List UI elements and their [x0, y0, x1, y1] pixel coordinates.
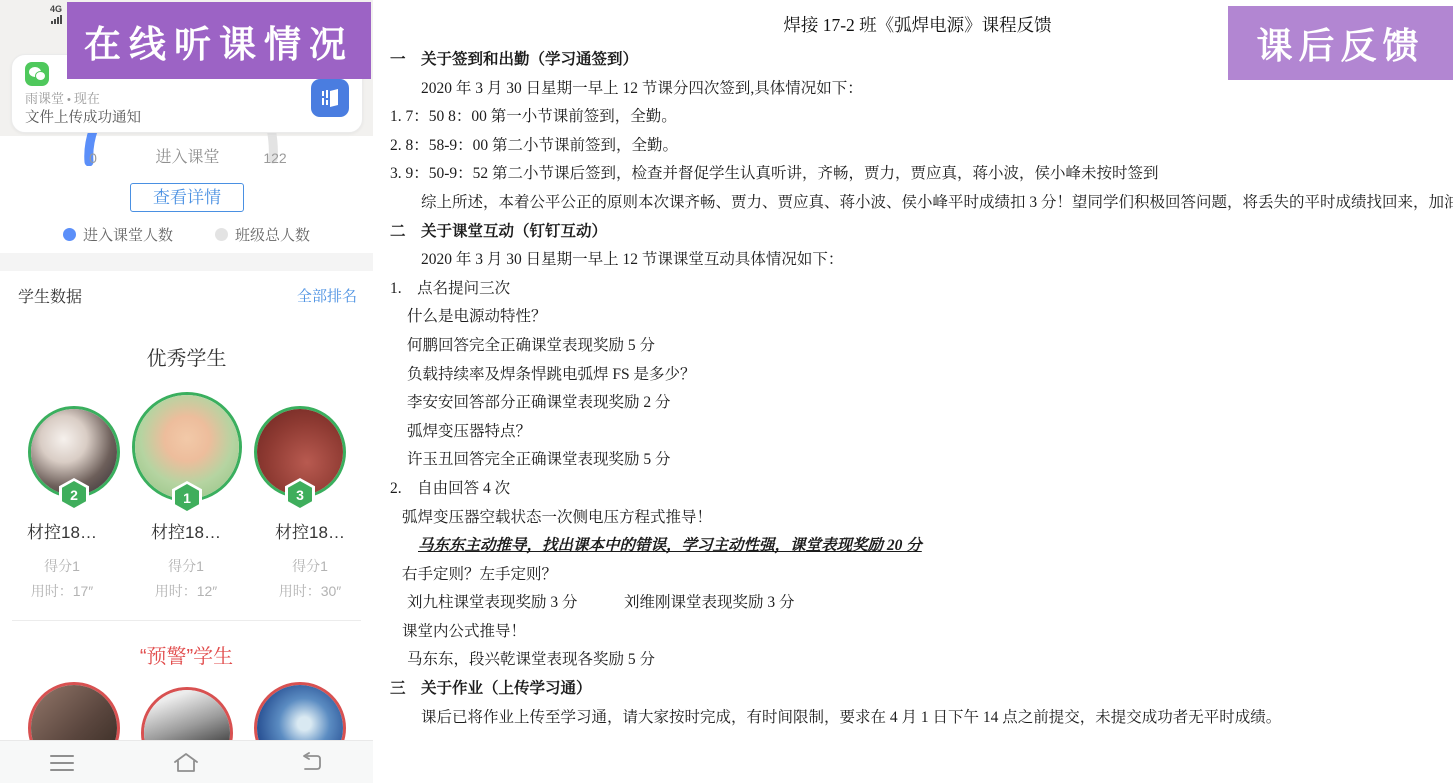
doc-line: 课堂内公式推导！ [390, 618, 1445, 647]
open-book-icon [318, 86, 342, 110]
student-score: 得分1 [248, 556, 372, 576]
doc-line: 1. 7：50 8：00 第一小节课前签到，全勤。 [390, 103, 1445, 132]
student-scores-row: 得分1 得分1 得分1 [0, 556, 373, 576]
menu-icon[interactable] [49, 752, 75, 774]
total-count-value: 122 [255, 150, 295, 166]
student-time: 用时：30″ [248, 581, 372, 601]
full-ranking-link[interactable]: 全部排名 [297, 285, 357, 306]
doc-line: 2. 自由回答 4 次 [390, 475, 1445, 504]
doc-line: 什么是电源动特性？ [390, 303, 1445, 332]
doc-line: 弧焊变压器空载状态一次侧电压方程式推导！ [390, 504, 1445, 533]
student-name: 材控18… [124, 518, 248, 543]
chart-center-label: 进入课堂 [135, 144, 240, 167]
home-icon[interactable] [173, 752, 199, 774]
notification-source: 雨课堂•现在 [25, 88, 100, 107]
student-name: 材控18… [248, 518, 372, 543]
annotation-banner-left: 在线听课情况 [67, 2, 371, 79]
legend-label: 进入课堂人数 [83, 224, 173, 245]
doc-highlight-line: 马东东主动推导，找出课本中的错误，学习主动性强，课堂表现奖励 20 分 [390, 532, 1445, 561]
sim1-signal-icon: 4G [50, 5, 62, 24]
sim1-label: 4G [50, 5, 62, 14]
rain-classroom-app-icon [311, 79, 349, 117]
doc-line: 1. 点名提问三次 [390, 275, 1445, 304]
legend-dot-blue [63, 228, 76, 241]
doc-line: 2. 8：58-9：00 第二小节课前签到，全勤。 [390, 132, 1445, 161]
android-nav-bar [0, 740, 373, 783]
doc-line: 弧焊变压器特点？ [390, 418, 1445, 447]
divider [12, 620, 361, 621]
doc-section-heading: 三 关于作业（上传学习通） [390, 675, 1445, 704]
doc-line: 3. 9：50-9：52 第二小节课后签到，检查并督促学生认真听讲，齐畅，贾力，… [390, 160, 1445, 189]
doc-line: 2020 年 3 月 30 日星期一早上 12 节课课堂互动具体情况如下： [390, 246, 1445, 275]
student-time: 用时：17″ [0, 581, 124, 601]
dot-separator: • [67, 94, 71, 106]
doc-line: 右手定则？左手定则？ [390, 561, 1445, 590]
student-times-row: 用时：17″ 用时：12″ 用时：30″ [0, 581, 373, 601]
student-time: 用时：12″ [124, 581, 248, 601]
student-name: 材控18… [0, 518, 124, 543]
student-score: 得分1 [0, 556, 124, 576]
rank-number: 1 [175, 484, 199, 511]
doc-line: 马东东，段兴乾课堂表现各奖励 5 分 [390, 646, 1445, 675]
doc-line: 李安安回答部分正确课堂表现奖励 2 分 [390, 389, 1445, 418]
hamburger-lines [50, 755, 74, 771]
chart-legend: 进入课堂人数 班级总人数 [0, 224, 373, 245]
legend-dot-gray [215, 228, 228, 241]
legend-item-total: 班级总人数 [215, 224, 310, 245]
doc-line: 刘九柱课堂表现奖励 3 分 刘维刚课堂表现奖励 3 分 [390, 589, 1445, 618]
doc-line: 课后已将作业上传至学习通，请大家按时完成，有时间限制，要求在 4 月 1 日下午… [390, 704, 1445, 733]
notification-time: 现在 [74, 91, 100, 106]
doc-section-heading: 二 关于课堂互动（钉钉互动） [390, 218, 1445, 247]
notification-app-name: 雨课堂 [25, 91, 64, 106]
view-details-button[interactable]: 查看详情 [130, 183, 244, 212]
back-icon[interactable] [298, 752, 324, 774]
rank-number: 3 [288, 481, 312, 508]
section-separator [0, 253, 373, 271]
legend-label: 班级总人数 [235, 224, 310, 245]
student-names-row: 材控18… 材控18… 材控18… [0, 518, 373, 543]
student-score: 得分1 [124, 556, 248, 576]
annotation-banner-right: 课后反馈 [1228, 6, 1453, 80]
excellent-students-title: 优秀学生 [0, 342, 373, 371]
doc-line: 何鹏回答完全正确课堂表现奖励 5 分 [390, 332, 1445, 361]
signal-bars-icon [51, 15, 62, 24]
phone-panel: 4G 4G 在线听课情况 雨课堂•现在 文件上传成功通知 0 进入课堂 [0, 0, 373, 783]
notification-message: 文件上传成功通知 [25, 106, 141, 127]
doc-line: 综上所述，本着公平公正的原则本次课齐畅、贾力、贾应真、蒋小波、侯小峰平时成绩扣 … [390, 189, 1445, 218]
legend-item-entered: 进入课堂人数 [63, 224, 173, 245]
wechat-icon [25, 62, 49, 86]
doc-line: 负载持续率及焊条悍跳电弧焊 FS 是多少？ [390, 361, 1445, 390]
student-data-title: 学生数据 [18, 284, 82, 307]
entered-count-value: 0 [82, 150, 104, 166]
warning-students-title: “预警”学生 [0, 640, 373, 669]
rank-number: 2 [62, 481, 86, 508]
doc-line: 许玉丑回答完全正确课堂表现奖励 5 分 [390, 446, 1445, 475]
feedback-document: 焊接 17-2 班《弧焊电源》课程反馈 一 关于签到和出勤（学习通签到） 202… [383, 0, 1453, 783]
